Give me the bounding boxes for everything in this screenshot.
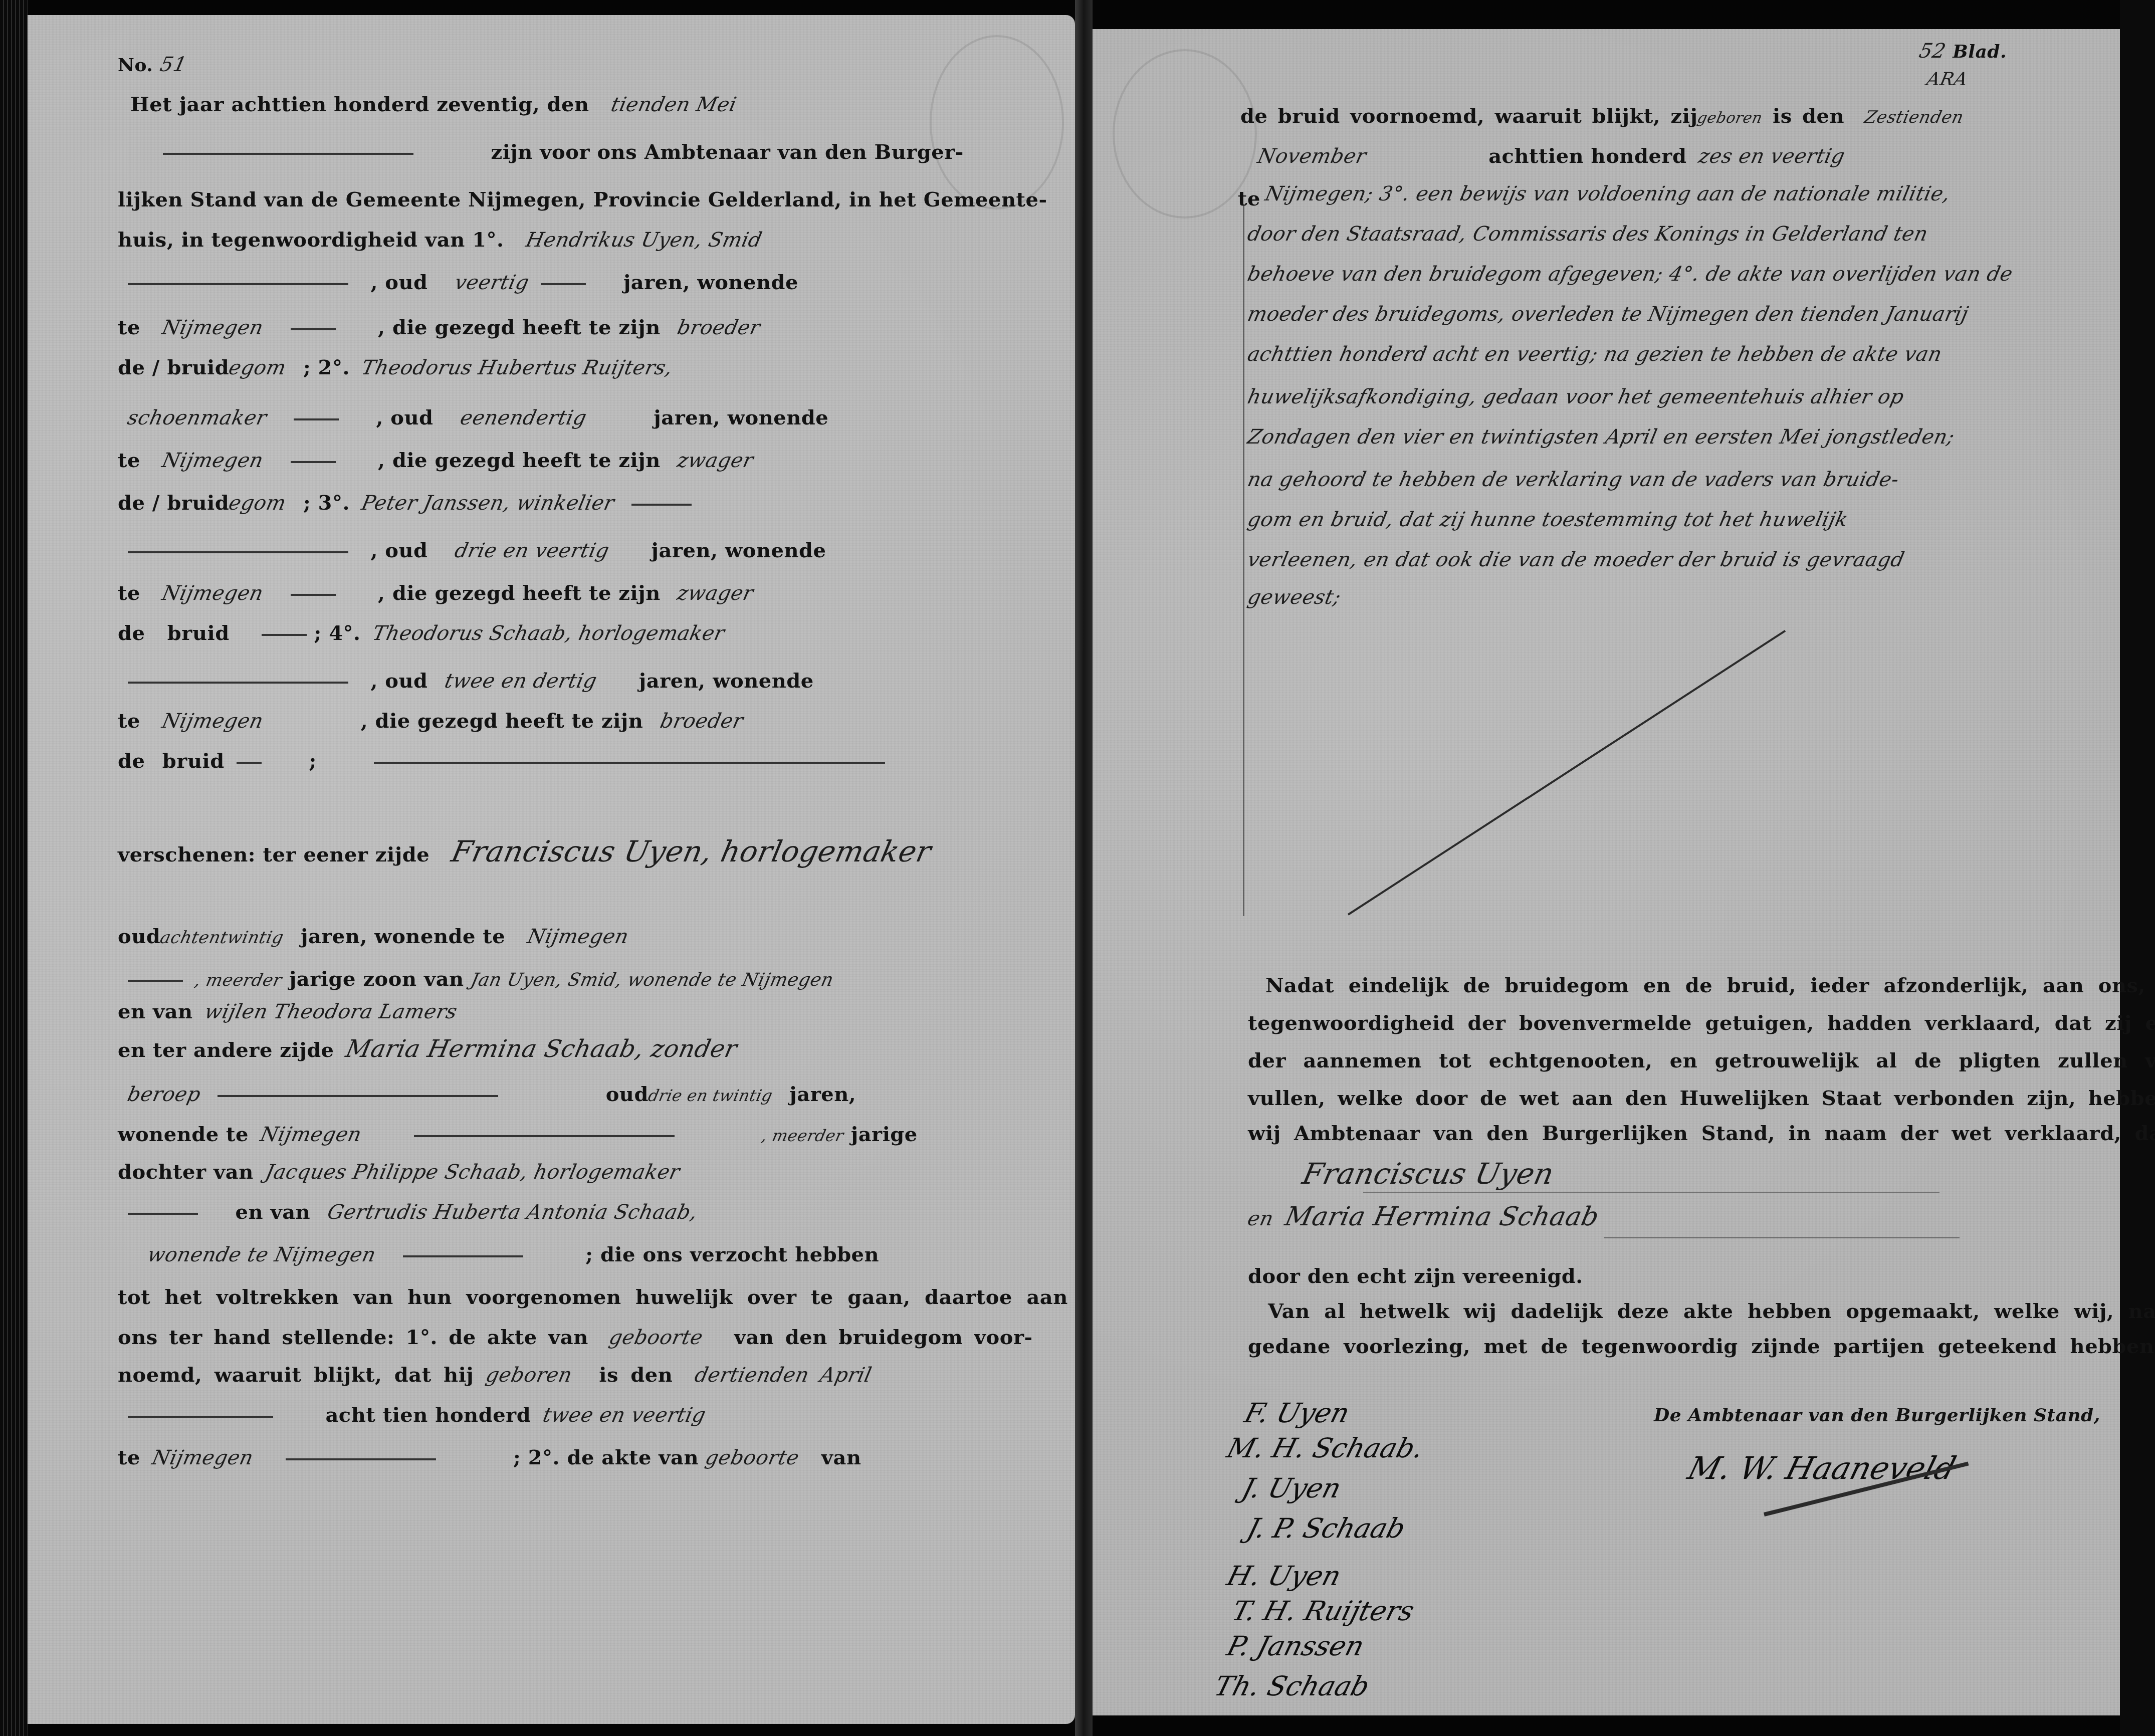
handwritten-text: en [1245,1207,1275,1230]
folio-number: 52 [1917,40,1948,63]
handwritten-text: na gehoord te hebben de verklaring van d… [1245,468,1901,491]
handwritten-line: Nijmegen; 3°. een bewijs van voldoening … [1265,182,1950,205]
printed-text: , oud [376,406,433,429]
witness-2-age-line: schoenmaker , oud eenendertig jaren, won… [128,406,828,429]
paragraph-line-4: acht tien honderd twee en veertig [128,1403,705,1427]
bride-name-rule [1604,1237,1960,1238]
witness-3-line: de / bruidegom ; 3°. Peter Janssen, wink… [118,491,692,515]
witness-2-occupation: schoenmaker [125,406,269,429]
act-number-value: 51 [158,53,189,76]
handwritten-text: gom en bruid, dat zij hunne toestemming … [1245,508,1850,531]
official-title: De Ambtenaar van den Burgerlijken Stand, [1654,1405,2100,1426]
printed-text: tegenwoordigheid der bovenvermelde getui… [1248,1011,2155,1035]
line-gemeente: lijken Stand van de Gemeente Nijmegen, P… [118,188,1047,211]
signature-witness: T. H. Ruijters [1229,1595,1418,1627]
act-number: No. 51 [118,53,186,76]
groom-place: Nijmegen [525,925,631,948]
bride-birth-year: zes en veertig [1696,145,1847,168]
bride-mother: Gertrudis Huberta Antonia Schaab, [325,1201,700,1224]
printed-text: en van [118,1000,193,1023]
closing-line-6: door den echt zijn vereenigd. [1248,1264,1583,1288]
printed-text: ; 2°. de akte van [513,1446,699,1469]
signature-witness: P. Janssen [1224,1630,1368,1662]
witness-1-name: Hendrikus Uyen, Smid [524,229,764,252]
bride-father: Jacques Philippe Schaab, horlogemaker [263,1161,682,1184]
paragraph-line-3: noemd, waaruit blijkt, dat hij geboren i… [118,1363,871,1387]
witness-4-place: Nijmegen [160,710,266,733]
printed-text: te [118,581,140,605]
printed-text: wonende te [118,1123,249,1146]
closing-line-1: Nadat eindelijk de bruidegom en de bruid… [1265,974,2155,997]
margin-rule [1243,204,1244,916]
printed-text: is den [1773,104,1844,128]
printed-text: de [118,621,145,645]
handwritten-born: geboren [484,1364,574,1387]
printed-text: de bruid voornoemd, waaruit blijkt, zij [1240,104,1697,128]
bride-name: Maria Hermina Schaab, zonder [343,1035,740,1063]
groom-parents-line: , meerder jarige zoon van Jan Uyen, Smid… [128,967,833,991]
witness-4-line: de bruid ; 4°. Theodorus Schaab, horloge… [118,621,724,645]
handwritten-text: door den Staatsraad, Commissaris des Kon… [1245,223,1930,246]
closing-line-7: Van al hetwelk wij dadelijk deze akte he… [1268,1299,2155,1323]
printed-text: bruid [162,749,225,773]
printed-text: ; die ons verzocht hebben [585,1243,879,1266]
printed-text: ; [309,749,317,773]
closing-line-3: der aannemen tot echtgenooten, en getrou… [1248,1049,2155,1072]
paragraph-line-2: ons ter hand stellende: 1°. de akte van … [118,1326,1033,1349]
handwritten-text: Zondagen den vier en twintigsten April e… [1245,425,1957,449]
married-groom-name: Franciscus Uyen [1300,1157,1557,1191]
printed-text: bruid [167,491,229,515]
printed-text: ons ter hand stellende: 1°. de akte van [118,1326,588,1349]
printed-text: ; 2°. [303,356,350,379]
printed-text: jaren, wonende [623,271,798,294]
witness-3-age: drie en veertig [453,539,611,562]
handwritten-line: behoeve van den bruidegom afgegeven; 4°.… [1248,262,2013,286]
printed-text: en van [235,1200,310,1224]
printed-text: jarige [851,1123,918,1146]
line-witness-1: huis, in tegenwoordigheid van 1°. Hendri… [118,228,762,252]
witness-1-place: Nijmegen [160,316,266,339]
printed-text: ; 3°. [303,491,350,515]
groom-mother-line: en van wijlen Theodora Lamers [118,1000,457,1023]
printed-text: is den [599,1363,673,1387]
printed-text: te [1238,187,1260,210]
bride-birth-year-line: November achttien honderd zes en veertig [1258,144,1845,168]
witness-1-relation: broeder [675,316,762,339]
printed-text: , die gezegd heeft te zijn [378,449,661,472]
closing-line-4: vullen, welke door de wet aan den Huweli… [1248,1087,2155,1110]
closing-line-2: tegenwoordigheid der bovenvermelde getui… [1248,1011,2155,1035]
printed-text: jaren, [789,1082,856,1106]
handwritten-text: moeder des bruidegoms, overleden te Nijm… [1245,303,1971,326]
witness-2-residence-line: te Nijmegen , die gezegd heeft te zijn z… [118,449,753,472]
printed-text: te [118,449,140,472]
printed-text: bruid [167,621,230,645]
book-gutter [1075,0,1093,1736]
bride-occupation: beroep [125,1083,203,1106]
signature-witness: J. Uyen [1239,1472,1345,1504]
printed-text: te [118,709,140,733]
witness-2-line: de / bruidegom ; 2°. Theodorus Hubertus … [118,356,673,379]
handwritten-text: geweest; [1245,586,1343,609]
signature-groom: F. Uyen [1241,1397,1353,1429]
printed-text: bruid [167,356,229,379]
printed-text: wij Ambtenaar van den Burgerlijken Stand… [1248,1122,2155,1145]
official-signature: M. W. Haaneveld [1684,1450,1960,1486]
printed-text: vullen, welke door de wet aan den Huweli… [1248,1087,2155,1110]
closing-line-8: gedane voorlezing, met de tegenwoordig z… [1248,1335,2155,1358]
printed-text: achttien honderd [1488,144,1686,168]
printed-text: te [118,316,140,339]
printed-text: , oud [370,669,427,693]
witness-3-relation: zwager [675,582,755,605]
witness-4-age-line: , oud twee en dertig jaren, wonende [128,669,814,693]
printed-text: gedane voorlezing, met de tegenwoordig z… [1248,1335,2155,1358]
witness-3-name: Peter Janssen, winkelier [359,492,616,515]
printed-text: , die gezegd heeft te zijn [378,581,661,605]
printed-text: te [118,1446,140,1469]
printed-text: acht tien honderd [325,1403,531,1427]
embossed-seal-right [1113,49,1257,219]
handwritten-line: moeder des bruidegoms, overleden te Nijm… [1248,302,1968,326]
witness-2-place: Nijmegen [160,449,266,472]
printed-text: , die gezegd heeft te zijn [378,316,661,339]
right-page: 52 Blad. ARA de bruid voornoemd, waaruit… [1093,29,2120,1715]
printed-text: van [821,1446,861,1469]
printed-text: de [118,491,145,515]
printed-text: jaren, wonende [652,539,826,562]
act-number-label: No. [118,55,153,76]
married-bride-line: en Maria Hermina Schaab [1248,1202,1599,1232]
printed-text: Nadat eindelijk de bruidegom en de bruid… [1265,974,2155,997]
bride-age-line: beroep ouddrie en twintig jaren, [128,1082,856,1106]
printed-text: , oud [370,539,427,562]
folio: 52 Blad. [1919,39,2007,63]
signature-bride: M. H. Schaab. [1224,1432,1427,1464]
book-right-edge [2120,0,2155,1736]
bride-birth-date: Zestienden [1862,107,1965,127]
printed-text: zijn voor ons Ambtenaar van den Burger- [491,140,964,164]
line-ambtenaar: zijn voor ons Ambtenaar van den Burger- [163,140,964,164]
witness-1-age: veertig [453,271,531,294]
bride-line: en ter andere zijde Maria Hermina Schaab… [118,1035,737,1063]
paragraph-line-1: tot het voltrekken van hun voorgenomen h… [118,1285,1068,1309]
signature-witness: J. P. Schaab [1244,1512,1409,1544]
witness-4-relation: broeder [658,710,745,733]
signature-witness: H. Uyen [1224,1560,1345,1592]
printed-text: lijken Stand van de Gemeente Nijmegen, P… [118,188,1047,211]
bride-mother-line: en van Gertrudis Huberta Antonia Schaab, [128,1200,697,1224]
paragraph-line-5: te Nijmegen ; 2°. de akte van geboorte v… [118,1446,861,1469]
printed-text: jaren, wonende [639,669,814,693]
witness-1-residence-line: te Nijmegen , die gezegd heeft te zijn b… [118,316,760,339]
groom-father: Jan Uyen, Smid, wonende te Nijmegen [469,970,835,990]
groom-mother: wijlen Theodora Lamers [202,1000,459,1023]
printed-text: , oud [370,271,427,294]
folio-stamp-text: ARA [1925,69,1970,90]
groom-age: achtentwintig [158,928,286,948]
printed-text: der aannemen tot echtgenooten, en getrou… [1248,1049,2155,1072]
bride-parents-residence-line: wonende te Nijmegen ; die ons verzocht h… [148,1243,879,1266]
bride-father-line: dochter van Jacques Philippe Schaab, hor… [118,1160,680,1184]
witness-3-residence-line: te Nijmegen , die gezegd heeft te zijn z… [118,581,753,605]
witness-2-relation: zwager [675,449,755,472]
printed-text: de [118,749,145,773]
married-groom-line: Franciscus Uyen [1303,1157,1554,1191]
printed-text: jaren, wonende te [301,925,505,948]
printed-text: oud [118,925,160,948]
handwritten-text: behoeve van den bruidegom afgegeven; 4°.… [1245,263,2015,286]
married-bride-name: Maria Hermina Schaab [1282,1202,1601,1232]
handwritten-born: geboren [1696,109,1765,127]
bride-residence-line: wonende te Nijmegen , meerder jarige [118,1123,918,1146]
groom-age-line: oudachtentwintig jaren, wonende te Nijme… [118,925,628,948]
bride-majority: , meerder [760,1126,845,1145]
folio-label: Blad. [1953,41,2007,62]
printed-text: van den bruidegom voor- [734,1326,1033,1349]
witness-2-name: Theodorus Hubertus Ruijters, [359,356,675,379]
handwritten-text: verleenen, en dat ook die van de moeder … [1245,548,1906,571]
printed-text: verschenen: ter eener zijde [118,843,429,866]
groom-majority: , meerder [193,970,284,990]
witness-2-age: eenendertig [458,406,589,429]
handwritten-line: gom en bruid, dat zij hunne toestemming … [1248,508,1848,531]
printed-text: Van al hetwelk wij dadelijk deze akte he… [1268,1299,2155,1323]
handwritten-line: Zondagen den vier en twintigsten April e… [1248,425,1955,449]
printed-text: door den echt zijn vereenigd. [1248,1264,1583,1288]
handwritten-line: verleenen, en dat ook die van de moeder … [1248,548,1904,571]
groom-birth-place: Nijmegen [150,1446,256,1469]
printed-text: de [118,356,145,379]
handwritten-date: tienden Mei [609,93,739,116]
printed-text: De Ambtenaar van den Burgerlijken Stand, [1654,1405,2100,1426]
groom-line: verschenen: ter eener zijde Franciscus U… [118,834,931,869]
printed-text: noemd, waaruit blijkt, dat hij [118,1363,474,1387]
printed-text: huis, in tegenwoordigheid van 1°. [118,228,504,252]
handwritten-line: achttien honderd acht en veertig; na gez… [1248,342,1942,366]
bride-birth-place-label: te [1238,187,1260,210]
handwritten-suffix: egom [227,356,288,379]
left-page: No. 51 Het jaar achttien honderd zeventi… [28,15,1075,1724]
printed-text: en ter andere zijde [118,1038,334,1062]
printed-text: jarige zoon van [289,967,464,991]
printed-text: ; 4°. [314,621,361,645]
groom-birth-date: dertienden April [693,1364,874,1387]
bride-birth-month: November [1255,145,1368,168]
signature-witness: Th. Schaab [1211,1670,1373,1702]
witness-4-residence-line: te Nijmegen , die gezegd heeft te zijn b… [118,709,743,733]
groom-name-rule [1363,1192,1939,1193]
printed-text: oud [606,1082,649,1106]
printed-text: jaren, wonende [654,406,828,429]
groom-name: Franciscus Uyen, horlogemaker [448,834,934,869]
handwritten-suffix: egom [227,492,288,515]
handwritten-line: door den Staatsraad, Commissaris des Kon… [1248,222,1927,246]
printed-text: , die gezegd heeft te zijn [361,709,643,733]
folio-stamp: ARA [1927,67,1968,90]
printed-text: dochter van [118,1160,254,1184]
witness-3-place: Nijmegen [160,582,266,605]
embossed-seal-left [930,35,1064,209]
handwritten-text: Nijmegen; 3°. een bewijs van voldoening … [1263,182,1952,205]
bride-place: Nijmegen [259,1123,364,1146]
witness-4-age: twee en dertig [443,670,599,693]
witness-4-end-line: de bruid ; [118,749,885,773]
closing-line-5: wij Ambtenaar van den Burgerlijken Stand… [1248,1122,2155,1145]
handwritten-line: huwelijksafkondiging, gedaan voor het ge… [1248,385,1903,408]
printed-text: Het jaar achttien honderd zeventig, den [130,93,589,116]
printed-text: tot het voltrekken van hun voorgenomen h… [118,1285,1068,1309]
book-left-edge [0,0,28,1736]
line-date: Het jaar achttien honderd zeventig, den … [130,93,736,116]
witness-1-age-line: , oud veertig jaren, wonende [128,271,798,294]
handwritten-text: huwelijksafkondiging, gedaan voor het ge… [1245,385,1906,408]
handwritten-act-type: geboorte [607,1326,705,1349]
bride-age: drie en twintig [646,1086,774,1105]
bride-parents-residence: wonende te Nijmegen [145,1243,378,1266]
groom-birth-year: twee en veertig [541,1404,708,1427]
handwritten-line: na gehoord te hebben de verklaring van d… [1248,468,1898,491]
handwritten-line: geweest; [1248,585,1341,609]
bride-birth-line: de bruid voornoemd, waaruit blijkt, zijg… [1240,104,1963,128]
witness-3-age-line: , oud drie en veertig jaren, wonende [128,539,826,562]
witness-4-name: Theodorus Schaab, horlogemaker [370,622,727,645]
handwritten-text: achttien honderd acht en veertig; na gez… [1245,343,1944,366]
handwritten-act-type: geboorte [704,1446,802,1469]
cancellation-stroke [1348,630,1786,916]
